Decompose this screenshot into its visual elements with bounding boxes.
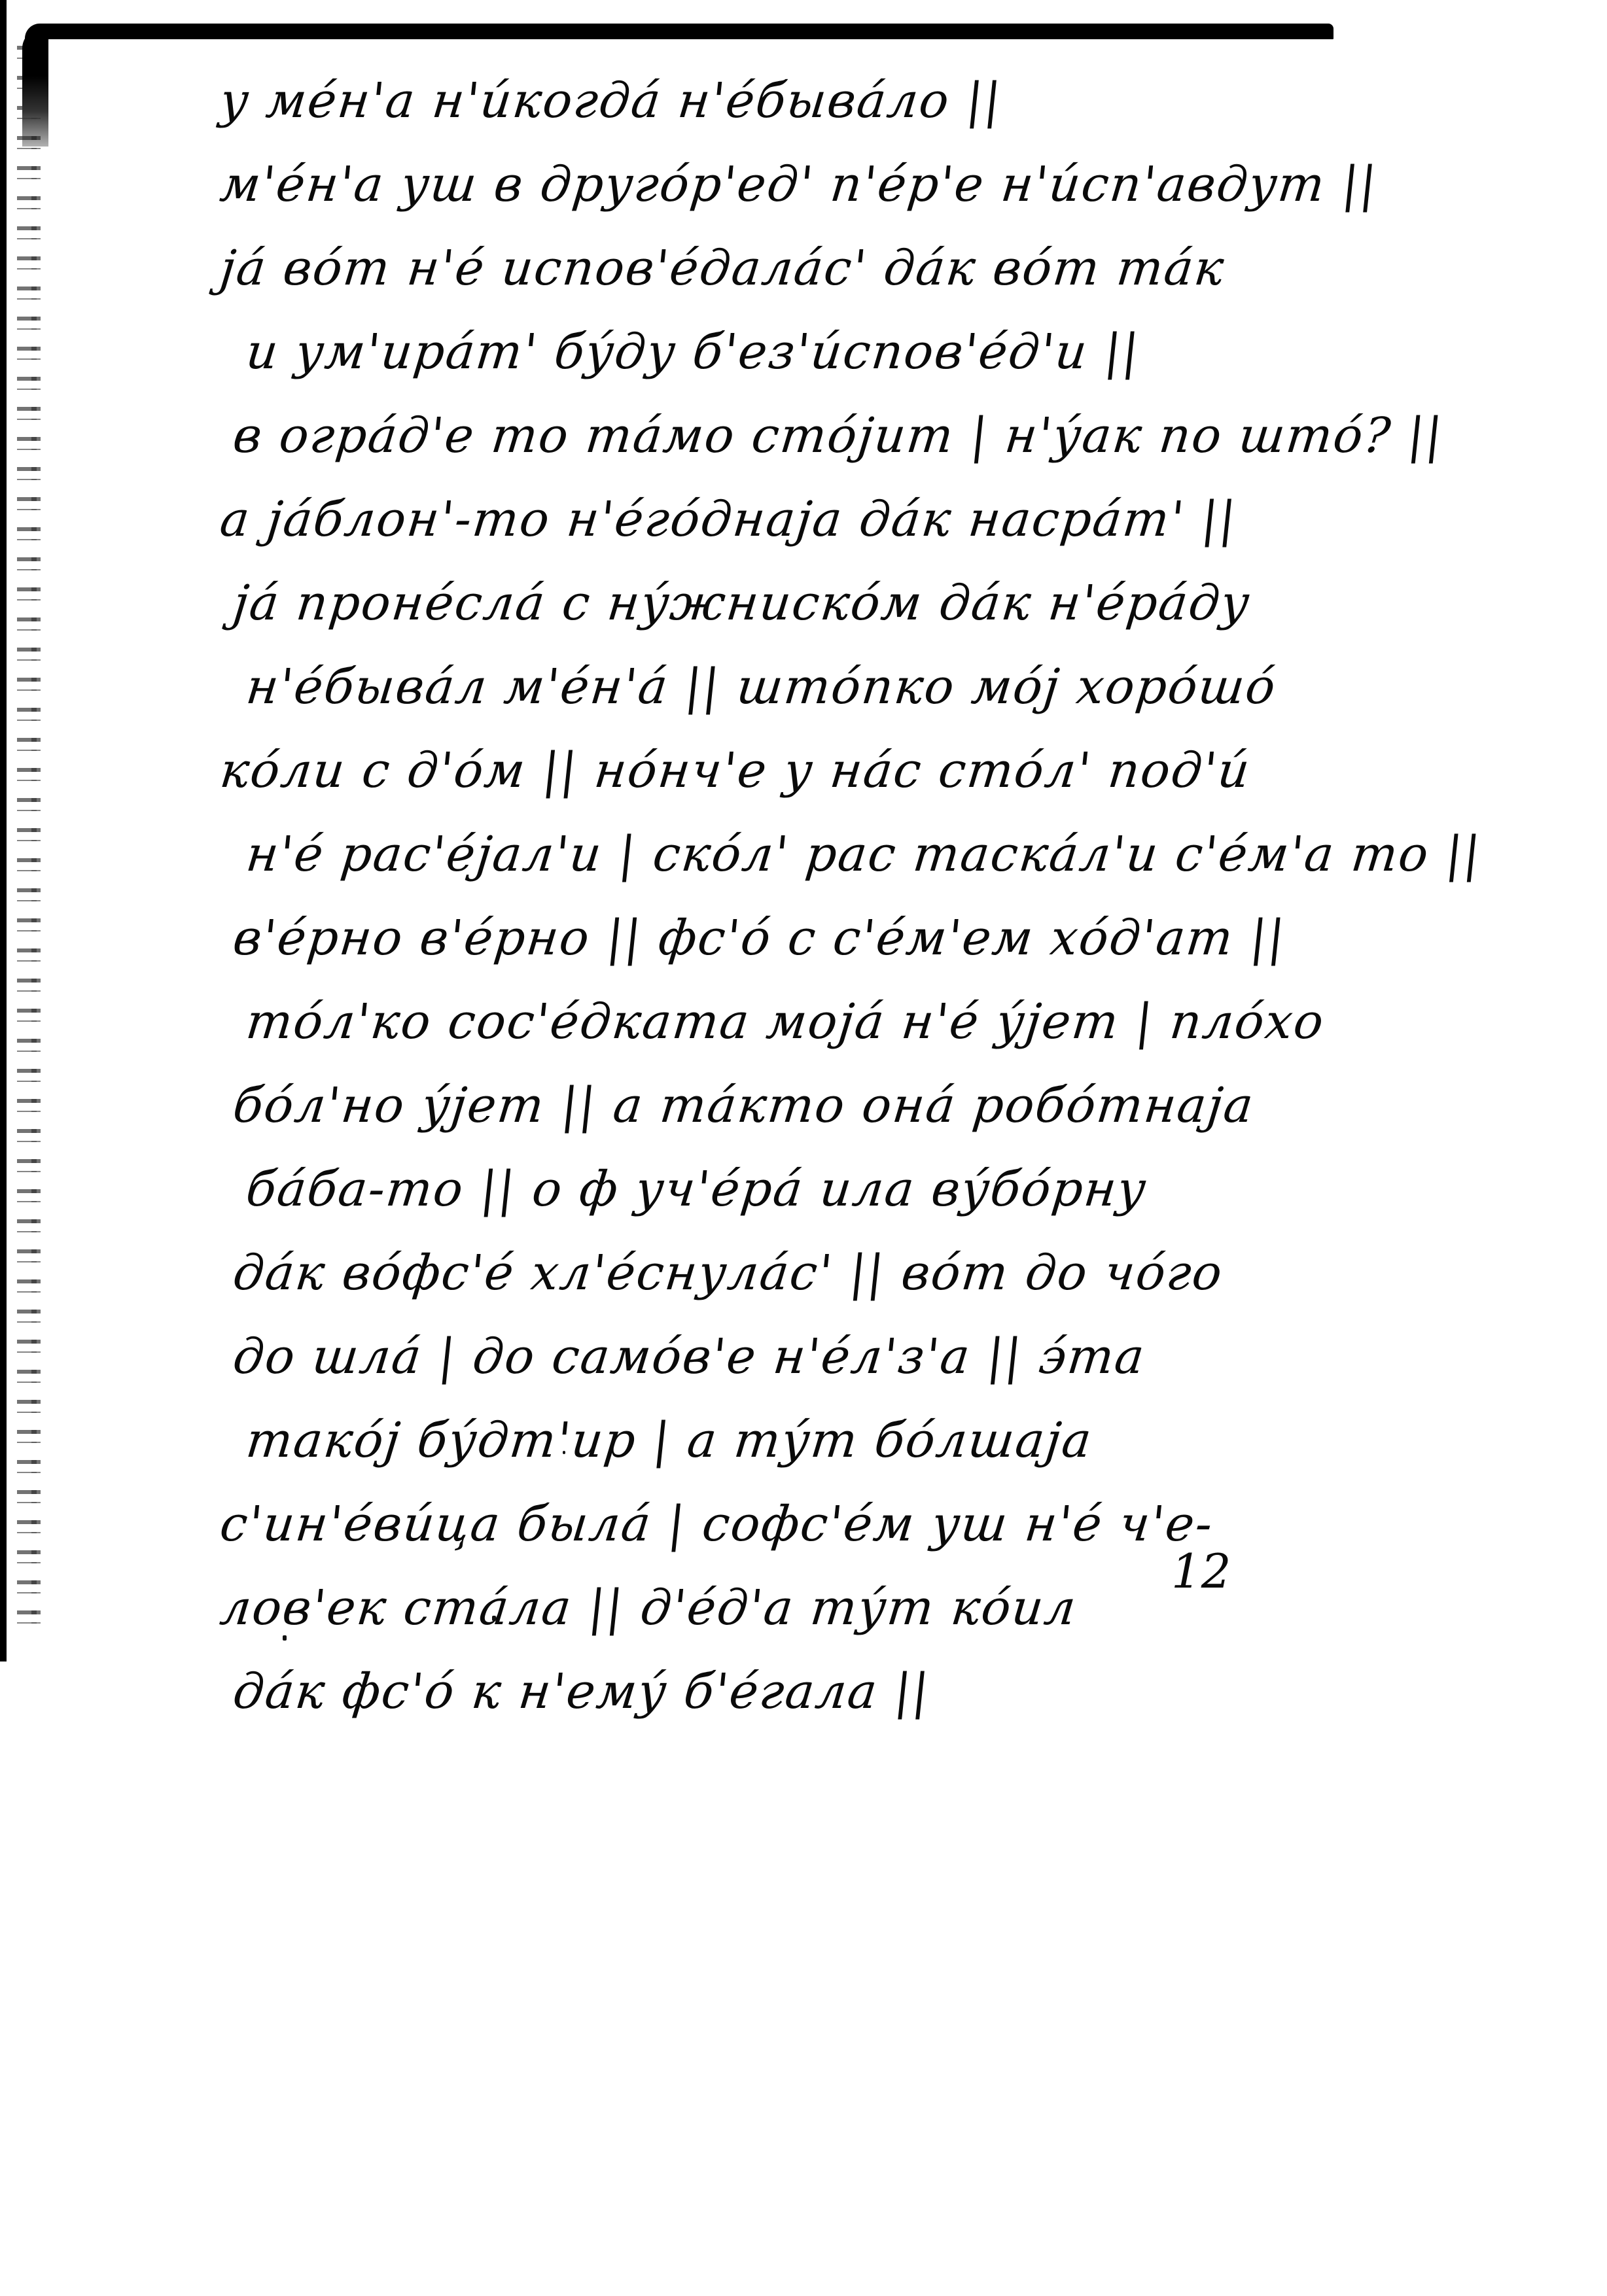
text-line-14: ба́ба-то || о ф уч'е́ра́ ила ву́бо́рну bbox=[216, 1147, 1376, 1231]
text-line-8: н'е́быва́л м'е́н'а́ || што́пко мо́ј хоро… bbox=[216, 645, 1376, 729]
scan-edge-left bbox=[0, 0, 7, 1661]
text-line-1: у ме́н'а н'и́когда́ н'е́быва́ло || bbox=[216, 59, 1376, 143]
scan-corner-shadow bbox=[22, 29, 48, 147]
text-line-7: ја́ проне́сла́ с ну́жниско́м да́к н'е́ра… bbox=[216, 561, 1376, 645]
text-line-5: в огра́д'е то та́мо сто́јит | н'у́ак по … bbox=[216, 394, 1376, 478]
page-number: 12 bbox=[1171, 1544, 1231, 1599]
handwritten-page: у ме́н'а н'и́когда́ н'е́быва́ло || м'е́н… bbox=[216, 59, 1368, 1733]
text-line-16: до шла́ | до само́в'е н'е́л'з'а || э́та bbox=[216, 1315, 1376, 1399]
ink-speck bbox=[283, 1635, 287, 1641]
ink-speck bbox=[492, 1616, 496, 1621]
text-line-15: да́к во́фс'е́ хл'е́снула́с' || во́т до ч… bbox=[216, 1231, 1376, 1315]
text-line-3: ја́ во́т н'е́ испов'е́дала́с' да́к во́т … bbox=[216, 226, 1376, 310]
text-line-11: в'е́рно в'е́рно || фс'о́ с с'е́м'ем хо́д… bbox=[216, 896, 1376, 980]
scan-edge-top bbox=[25, 24, 1333, 39]
text-line-4: и ум'ира́т' бу́ду б'ез'и́спов'е́д'и || bbox=[216, 310, 1376, 394]
text-line-10: н'е́ рас'е́јал'и | ско́л' рас таска́л'и … bbox=[216, 812, 1376, 896]
ink-speck bbox=[563, 1451, 565, 1454]
text-line-2: м'е́н'а уш в друго́р'ед' п'е́р'е н'и́сп'… bbox=[216, 143, 1376, 226]
text-line-20: да́к фс'о́ к н'ему́ б'е́гала || bbox=[216, 1650, 1376, 1733]
text-line-17: тако́ј бу́дт'ир | а ту́т бо́лшаја bbox=[216, 1399, 1376, 1482]
text-line-9: ко́ли с д'о́м || но́нч'е у на́с сто́л' п… bbox=[216, 729, 1376, 812]
text-line-6: а ја́блон'-то н'е́го́днаја да́к насра́т'… bbox=[216, 478, 1376, 561]
scan-margin-noise-inner bbox=[31, 46, 37, 1635]
text-line-12: то́л'ко сос'е́дката моја́ н'е́ у́јет | п… bbox=[216, 980, 1376, 1064]
text-line-13: бо́л'но у́јет || а та́кто она́ робо́тнај… bbox=[216, 1064, 1376, 1147]
scan-margin-noise bbox=[17, 46, 41, 1635]
